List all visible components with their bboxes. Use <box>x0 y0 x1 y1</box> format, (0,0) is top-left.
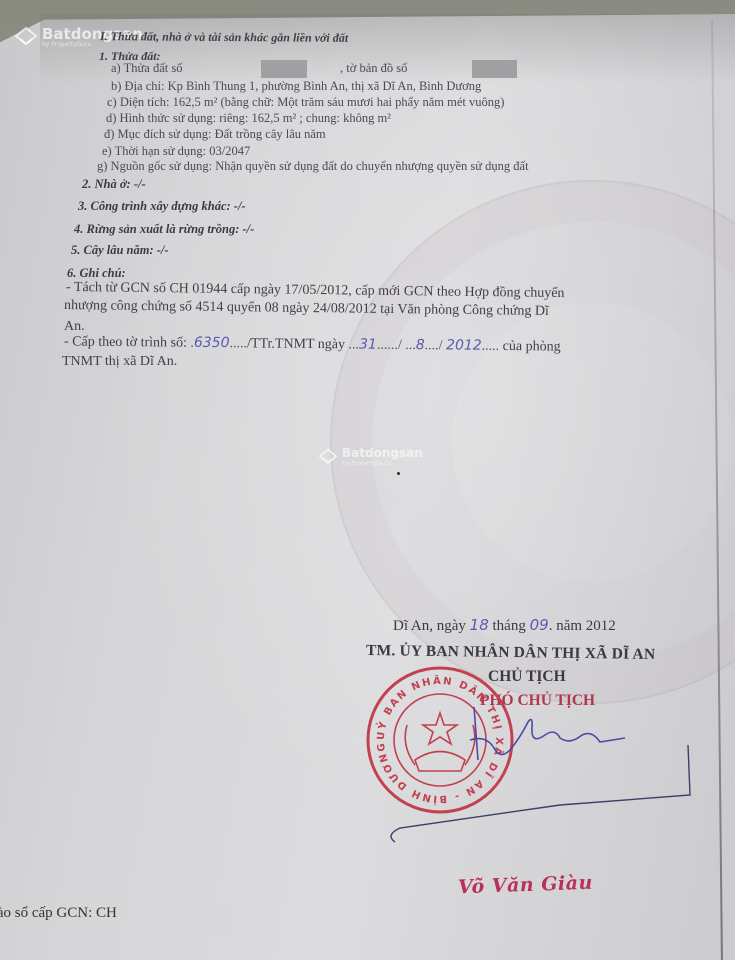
handwritten-year: 2012 <box>446 337 482 353</box>
section-planted-forest: 4. Rừng sản xuất là rừng trồng: -/- <box>74 222 254 236</box>
handwritten-day: 31 <box>359 336 377 352</box>
note-submission-prefix: - Cấp theo tờ trình số: <box>64 334 191 350</box>
registry-label: Vào sổ cấp GCN: CH <box>0 905 117 922</box>
watermark-brand: Batdongsan <box>342 446 423 460</box>
section-title: I. Thửa đất, nhà ở và tài sản khác gắn l… <box>100 29 348 45</box>
watermark-tagline: by PropertyGuru <box>342 460 423 467</box>
redacted-map-sheet-number <box>472 60 517 78</box>
handwritten-issue-day: 18 <box>470 616 489 634</box>
land-parcel-number-label: a) Thửa đất số <box>111 61 182 75</box>
section-notes-heading: 6. Ghi chú: <box>67 266 126 280</box>
batdongsan-logo-icon <box>318 448 338 466</box>
handwritten-issue-month: 09 <box>530 616 549 634</box>
note-submission-suffix: của phòng <box>499 339 561 355</box>
land-usage-term: e) Thời hạn sử dụng: 03/2047 <box>102 144 250 158</box>
ink-dot <box>397 472 400 475</box>
land-usage-form: d) Hình thức sử dụng: riêng: 162,5 m² ; … <box>106 111 391 125</box>
redacted-registry-number <box>159 899 234 939</box>
section-perennial-trees: 5. Cây lâu năm: -/- <box>71 243 169 257</box>
land-address: b) Địa chỉ: Kp Bình Thung 1, phường Bình… <box>111 79 481 93</box>
handwritten-submission-number: 6350 <box>194 335 230 351</box>
redacted-parcel-number <box>261 60 307 78</box>
batdongsan-logo-icon <box>14 26 38 48</box>
land-origin: g) Nguồn gốc sử dụng: Nhận quyền sử dụng… <box>97 159 529 173</box>
land-area: c) Diện tích: 162,5 m² (bằng chữ: Một tr… <box>107 95 504 109</box>
note-line-5: TNMT thị xã Dĩ An. <box>62 354 177 370</box>
watermark-center: Batdongsan by PropertyGuru <box>318 446 423 467</box>
issue-date: Dĩ An, ngày 18 tháng 09. năm 2012 <box>393 616 616 635</box>
signer-name: Võ Văn Giàu <box>458 872 594 899</box>
seal-star-icon <box>423 713 457 744</box>
note-submission-mid: /TTr.TNMT ngày <box>247 336 349 352</box>
handwritten-month: 8 <box>416 337 425 353</box>
land-usage-purpose: đ) Mục đích sử dụng: Đất trồng cây lâu n… <box>104 127 326 141</box>
section-house: 2. Nhà ở: -/- <box>82 177 146 191</box>
land-map-sheet-label: , tờ bản đồ số <box>340 61 407 75</box>
section-other-construction: 3. Công trình xây dựng khác: -/- <box>78 199 246 213</box>
official-red-seal: UỶ BAN NHÂN DÂN THỊ XÃ DĨ AN - BÌNH DƯƠN… <box>365 665 515 815</box>
